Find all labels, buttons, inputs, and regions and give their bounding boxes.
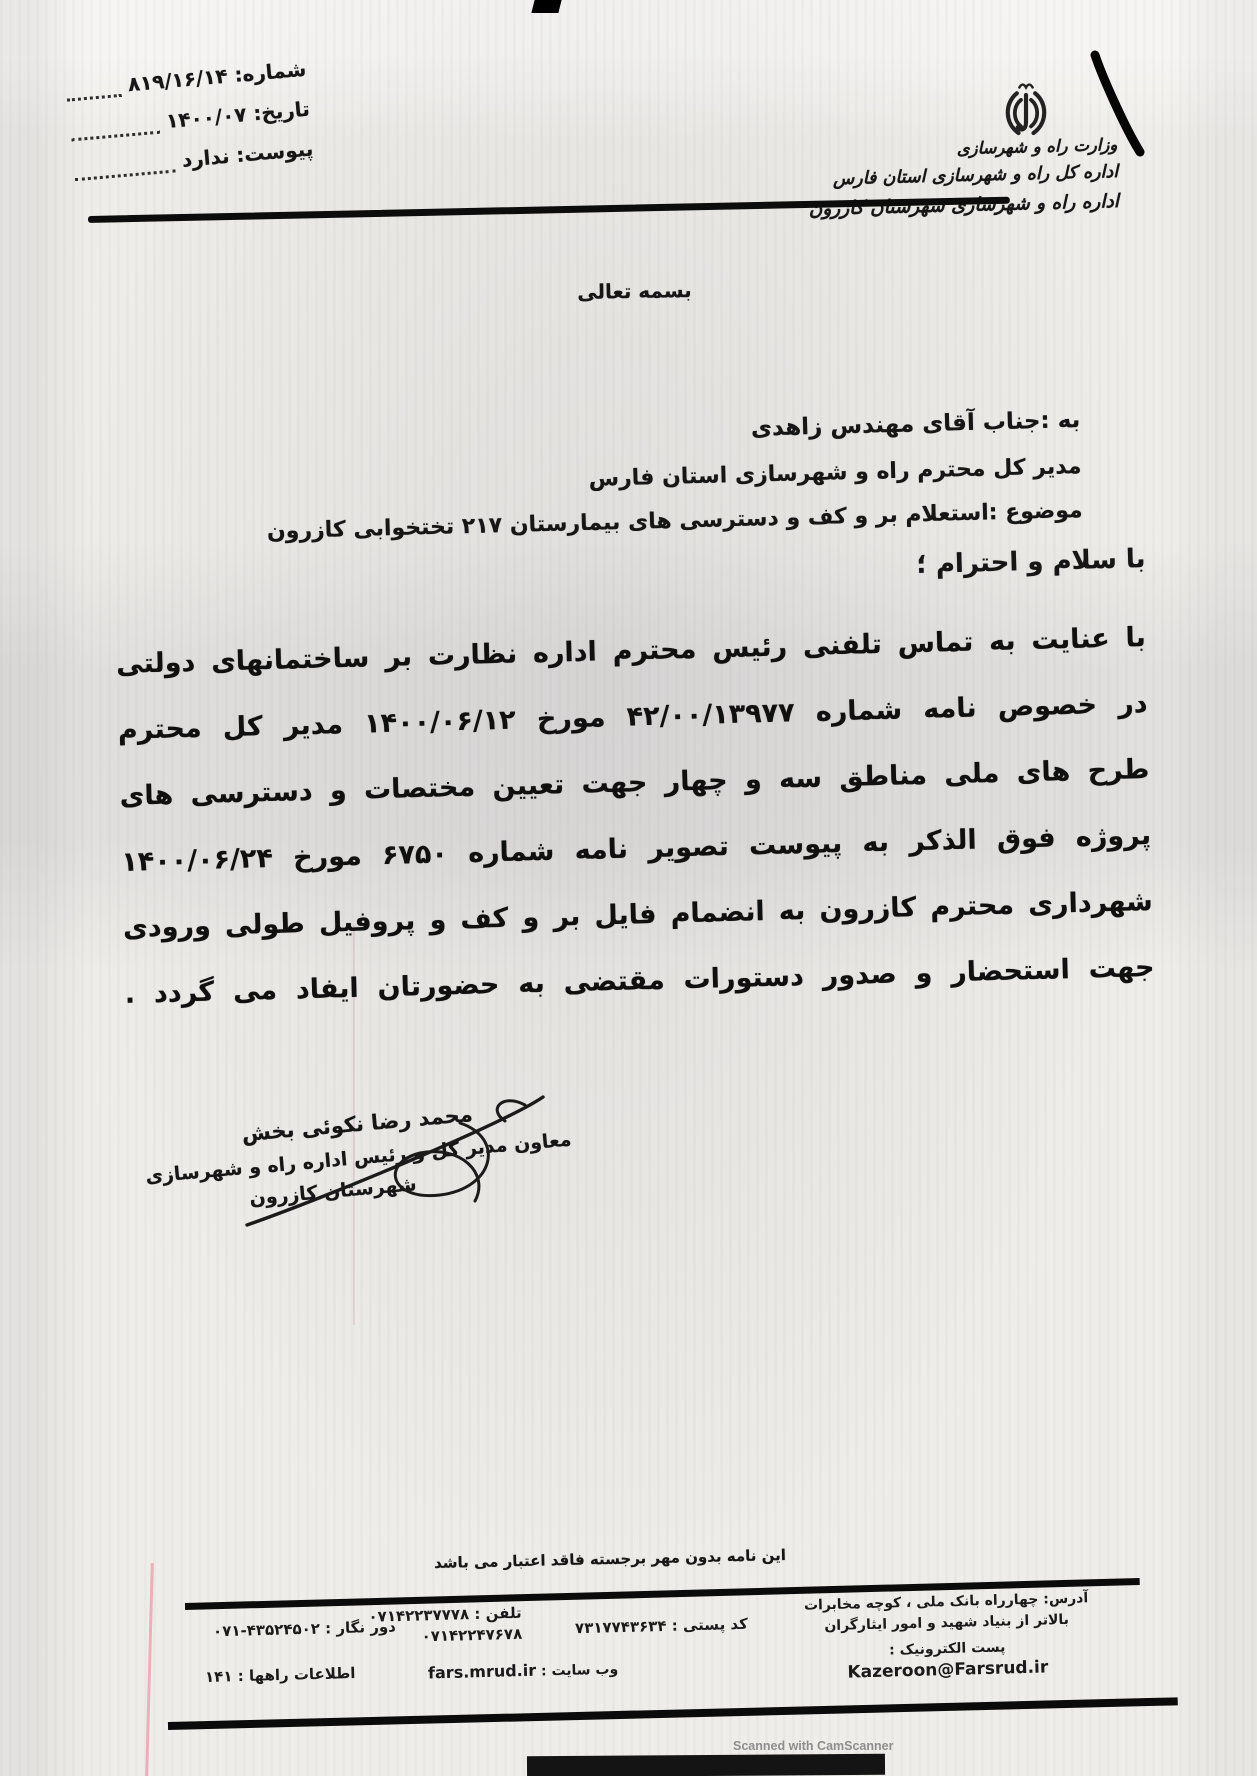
camscanner-watermark: Scanned with CamScanner [733,1739,893,1753]
letterhead: وزارت راه و شهرسازی اداره کل راه و شهرسا… [777,131,1119,226]
letter-attachment-text: پیوست: ندارد [181,136,314,171]
scanned-letter-page: شماره: ۸۱۹/۱۶/۱۴ تاریخ: ۱۴۰۰/۰۷ پیوست: ن… [0,0,1257,1776]
letter-number-field: شماره: ۸۱۹/۱۶/۱۴ [62,57,307,102]
disclaimer-note: این نامه بدون مهر برجسته فاقد اعتبار می … [420,1546,800,1573]
footer-address: آدرس: چهارراه بانک ملی ، کوچه مخابرات با… [787,1588,1107,1686]
recipient-block: به :جناب آقای مهندس زاهدی مدیر کل محترم … [264,407,1083,544]
letter-subject: موضوع :استعلام بر و کف و دسترسی های بیما… [267,498,1083,544]
footer-postal-value: ۷۳۱۷۷۴۳۶۳۴ [575,1617,667,1637]
letter-date-field: تاریخ: ۱۴۰۰/۰۷ [65,97,310,142]
letter-attachment-field: پیوست: ندارد [69,136,314,181]
footer-website: وب سایت : fars.mrud.ir [428,1659,619,1683]
scan-edge-notch [531,0,561,13]
footer-email: پست الکترونیک : Kazeroon@Farsrud.ir [788,1635,1107,1686]
reference-stamp-block: شماره: ۸۱۹/۱۶/۱۴ تاریخ: ۱۴۰۰/۰۷ پیوست: ن… [62,57,316,198]
footer-roads-info: اطلاعات راهها : ۱۴۱ [205,1664,356,1686]
salutation: با سلام و احترام ؛ [916,544,1146,580]
dotted-leader [74,156,176,181]
dotted-leader [66,81,122,102]
scan-pink-line [145,1563,154,1776]
footer-fax-value: ۰۷۱-۴۳۵۲۴۵۰۲ [213,1620,320,1641]
recipient-to: به :جناب آقای مهندس زاهدی [264,407,1080,454]
iran-emblem-icon [1000,80,1052,138]
camscanner-bar [527,1754,885,1776]
footer-divider-bottom [168,1697,1178,1730]
footer-postal-code: کد پستی : ۷۳۱۷۷۴۳۶۳۴ [575,1615,748,1638]
recipient-title: مدیر کل محترم راه و شهرسازی استان فارس [266,454,1082,500]
footer-phone2-value: ۰۷۱۴۲۲۴۷۶۷۸ [421,1625,522,1646]
letter-body: با عنایت به تماس تلفنی رئیس محترم اداره … [115,606,1155,1029]
footer-roads-value: ۱۴۱ [205,1667,233,1686]
letter-date-text: تاریخ: ۱۴۰۰/۰۷ [165,97,311,133]
letter-number-text: شماره: ۸۱۹/۱۶/۱۴ [127,57,307,97]
dotted-leader [70,118,160,142]
signature-scrawl-icon [205,1083,585,1253]
footer-email-value: Kazeroon@Farsrud.ir [847,1657,1048,1683]
besmele: بسمه تعالی [552,278,717,305]
footer-website-value: fars.mrud.ir [428,1661,537,1683]
